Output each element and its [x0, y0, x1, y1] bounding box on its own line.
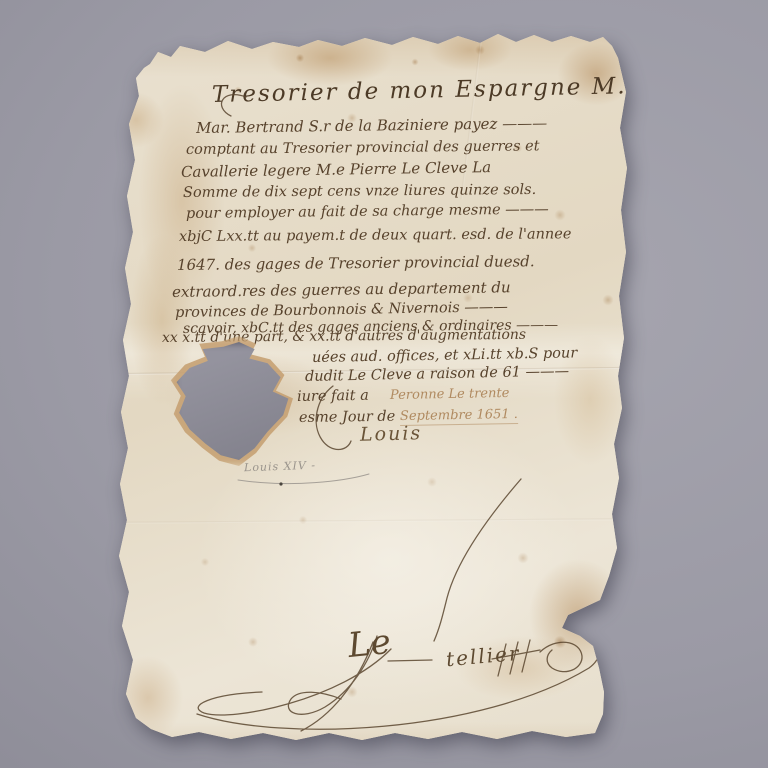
fold-crease — [120, 518, 618, 523]
faded-place-fragment: Peronne Le trente — [390, 386, 510, 403]
manuscript-line: Mar. Bertrand S.r de la Baziniere payez … — [196, 114, 547, 137]
countersignature-name: tellier — [445, 641, 521, 671]
pencil-annotation: Louis XIV - — [244, 459, 316, 475]
manuscript-heading: Tresorier de mon Espargne M.e ——— — [212, 71, 727, 108]
paper-hole — [174, 342, 304, 460]
manuscript-line: iure fait a — [297, 388, 369, 405]
manuscript-line: Somme de dix sept cens vnze liures quinz… — [183, 182, 536, 201]
manuscript-line: extraord.res des guerres au departement … — [172, 278, 511, 301]
manuscript-paper: Tresorier de mon Espargne M.e ——— Mar. B… — [0, 0, 768, 768]
manuscript-line: comptant au Tresorier provincial des gue… — [186, 138, 540, 158]
countersignature-initial: Le — [346, 622, 393, 666]
manuscript-line: 1647. des gages de Tresorier provincial … — [177, 252, 535, 274]
manuscript-line: dudit Le Cleve a raison de 61 ——— — [305, 363, 569, 385]
manuscript-line: Cavallerie legere M.e Pierre Le Cleve La — [181, 158, 491, 181]
manuscript-line: pour employer au fait de sa charge mesme… — [186, 202, 549, 222]
manuscript-line: uées aud. offices, et xLi.tt xb.S pour — [312, 345, 578, 366]
manuscript-line: xbjC Lxx.tt au payem.t de deux quart. es… — [179, 226, 572, 245]
photo-backdrop: Tresorier de mon Espargne M.e ——— Mar. B… — [0, 0, 768, 768]
royal-signature: Louis — [360, 422, 423, 446]
